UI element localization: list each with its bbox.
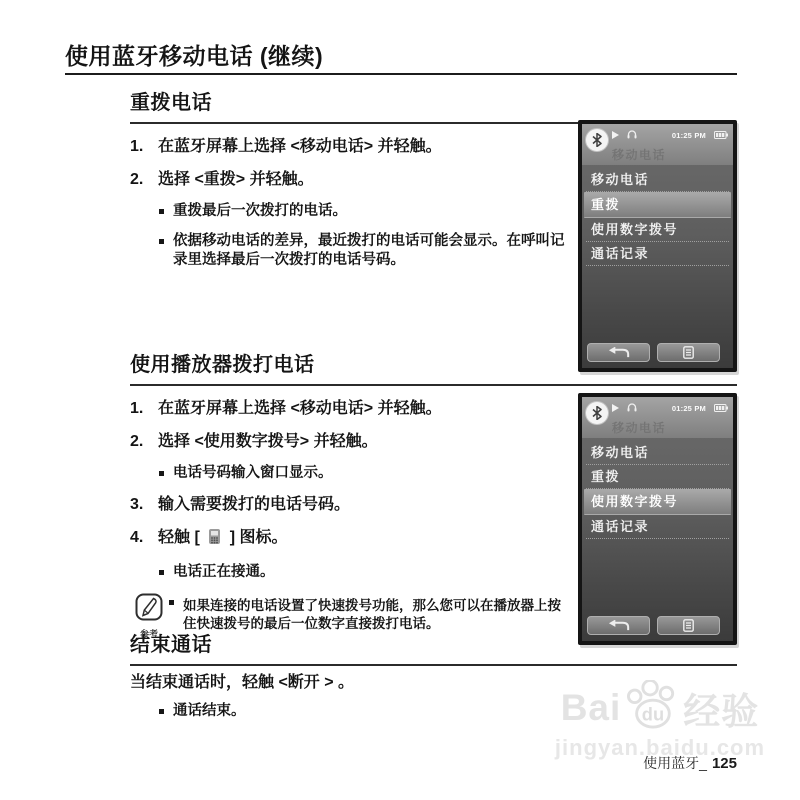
watermark-brand-left: Bai — [561, 687, 622, 729]
step-text-post: ] 图标。 — [230, 529, 288, 546]
device-menu: 移动电话 重拨 使用数字拨号 通话记录 — [582, 165, 733, 343]
back-arrow-icon — [607, 620, 631, 631]
status-time: 01:25 PM — [672, 131, 706, 140]
bullet-item: 电话号码输入窗口显示。 — [158, 464, 578, 483]
menu-item: 移动电话 — [586, 441, 729, 465]
bullet-item: 重拨最后一次拨打的电话。 — [158, 202, 578, 221]
menu-item-selected: 使用数字拨号 — [584, 489, 731, 515]
manual-page: 使用蓝牙移动电话 (继续) Bai du 经验 jingyan.baidu.co… — [0, 0, 800, 800]
step-item: 2. 选择 <使用数字拨号> 并轻触。 — [130, 431, 590, 452]
step-text: 输入需要拨打的电话号码。 — [158, 494, 350, 515]
headset-icon — [627, 399, 637, 417]
back-button — [587, 343, 650, 362]
watermark-brand-right: 经验 — [683, 681, 759, 735]
step-text: 轻触 [ ] 图标。 — [158, 527, 287, 551]
battery-icon — [714, 399, 728, 417]
step-text: 选择 <使用数字拨号> 并轻触。 — [158, 431, 378, 452]
menu-button — [657, 343, 720, 362]
device-status-bar: 01:25 PM 移动电话 — [582, 124, 733, 165]
footer-section-title: 使用蓝牙_ — [643, 753, 707, 773]
device-screen-title: 移动电话 — [612, 146, 728, 163]
player-screenshot-redial: 01:25 PM 移动电话 移动电话 重拨 — [578, 120, 737, 372]
step-number: 1. — [130, 398, 158, 419]
step-item: 4. 轻触 [ ] 图标 — [130, 527, 590, 551]
bullet-item: 通话结束。 — [158, 702, 578, 721]
step-text-pre: 轻触 [ — [158, 529, 200, 546]
menu-item: 移动电话 — [586, 168, 729, 192]
section-heading: 重拨电话 — [130, 86, 737, 124]
page-footer: 使用蓝牙_ 125 — [643, 753, 737, 773]
back-button — [587, 616, 650, 635]
menu-item: 通话记录 — [586, 242, 729, 266]
bullet-item: 依据移动电话的差异，最近拨打的电话可能会显示。在呼叫记录里选择最后一次拨打的电话… — [158, 232, 578, 270]
status-time: 01:25 PM — [672, 404, 706, 413]
step-item: 1. 在蓝牙屏幕上选择 <移动电话> 并轻触。 — [130, 398, 590, 419]
mobile-phone-icon — [208, 528, 221, 551]
player-screenshot-dial: 01:25 PM 移动电话 移动电话 重拨 — [578, 393, 737, 645]
device-menu: 移动电话 重拨 使用数字拨号 通话记录 — [582, 438, 733, 616]
play-icon — [612, 131, 619, 139]
step-text: 在蓝牙屏幕上选择 <移动电话> 并轻触。 — [158, 136, 442, 157]
footer-page-number: 125 — [712, 755, 737, 772]
baidu-watermark: Bai du 经验 jingyan.baidu.com — [540, 680, 780, 761]
step-text: 选择 <重拨> 并轻触。 — [158, 169, 314, 190]
battery-icon — [714, 126, 728, 144]
step-item: 3. 输入需要拨打的电话号码。 — [130, 494, 590, 515]
bluetooth-icon — [586, 129, 608, 151]
menu-item: 通话记录 — [586, 515, 729, 539]
list-icon — [683, 619, 694, 632]
title-rule — [65, 73, 737, 75]
step-item: 1. 在蓝牙屏幕上选择 <移动电话> 并轻触。 — [130, 136, 590, 157]
menu-item-selected: 重拨 — [584, 192, 731, 218]
step-item: 2. 选择 <重拨> 并轻触。 — [130, 169, 590, 190]
device-button-bar — [582, 616, 733, 641]
step-number: 1. — [130, 136, 158, 157]
step-number: 2. — [130, 431, 158, 452]
headset-icon — [627, 126, 637, 144]
bluetooth-icon — [586, 402, 608, 424]
play-icon — [612, 404, 619, 412]
back-arrow-icon — [607, 347, 631, 358]
bullet-item: 电话正在接通。 — [158, 563, 578, 582]
step-number: 4. — [130, 527, 158, 551]
menu-button — [657, 616, 720, 635]
device-button-bar — [582, 343, 733, 368]
svg-text:du: du — [642, 703, 664, 724]
menu-item: 使用数字拨号 — [586, 218, 729, 242]
note-pencil-icon — [135, 608, 163, 625]
device-status-bar: 01:25 PM 移动电话 — [582, 397, 733, 438]
step-number: 2. — [130, 169, 158, 190]
paw-icon: du — [623, 680, 681, 735]
device-screen-title: 移动电话 — [612, 419, 728, 436]
menu-item: 重拨 — [586, 465, 729, 489]
list-icon — [683, 346, 694, 359]
page-title: 使用蓝牙移动电话 (继续) — [65, 38, 323, 71]
step-text: 在蓝牙屏幕上选择 <移动电话> 并轻触。 — [158, 398, 442, 419]
step-number: 3. — [130, 494, 158, 515]
